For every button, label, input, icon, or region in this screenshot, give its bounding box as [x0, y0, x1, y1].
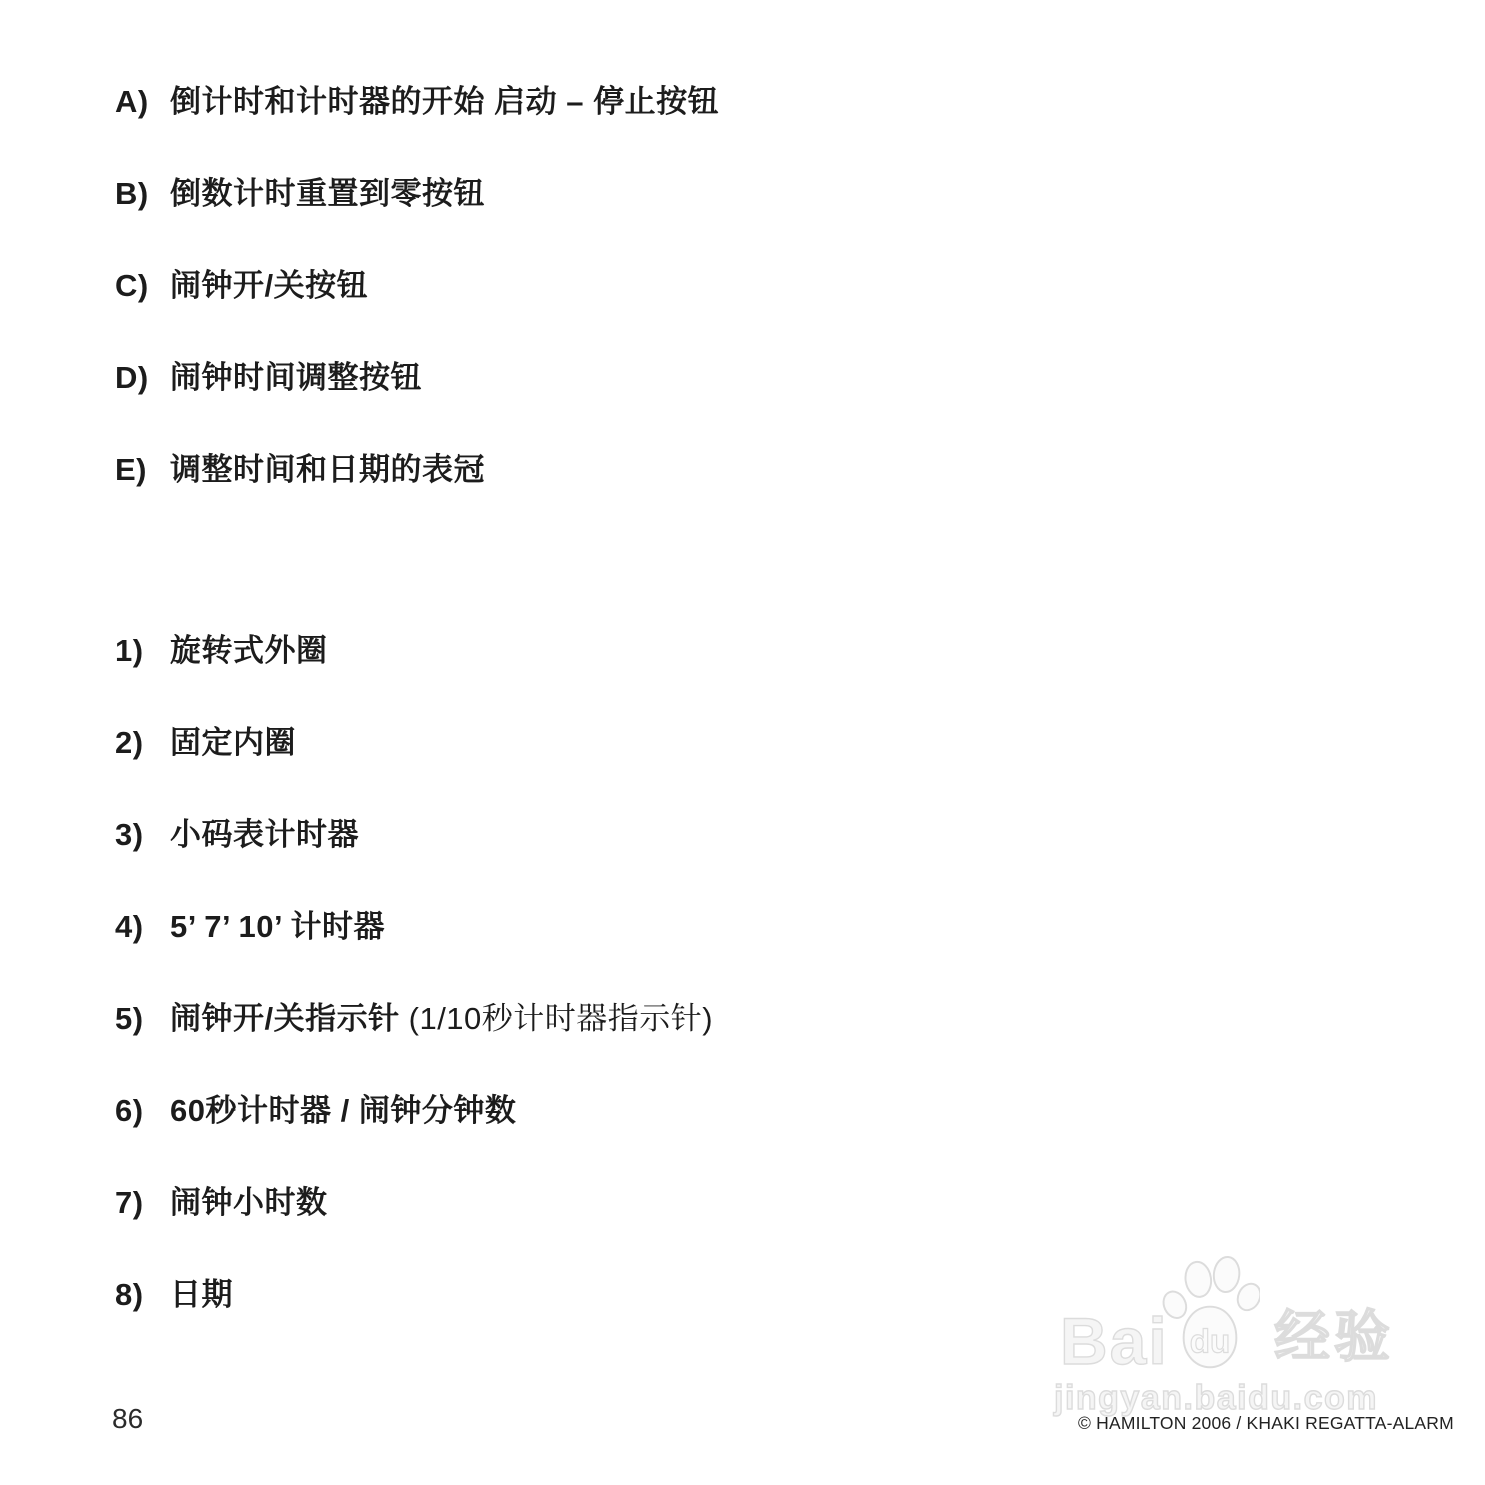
button-legend-list: A) 倒计时和计时器的开始 启动 – 停止按钮 B) 倒数计时重置到零按钮 C)…: [115, 84, 1425, 544]
legend-item-label: C): [115, 268, 170, 303]
legend-item-text: 小码表计时器: [170, 817, 359, 852]
legend-item-text: 倒数计时重置到零按钮: [170, 176, 485, 211]
legend-item-a: A) 倒计时和计时器的开始 启动 – 停止按钮: [115, 84, 1425, 176]
legend-item-note: (1/10秒计时器指示针): [409, 1001, 713, 1036]
legend-item-label: 5): [115, 1001, 170, 1036]
legend-item-1: 1) 旋转式外圈: [115, 633, 1425, 725]
legend-item-2: 2) 固定内圈: [115, 725, 1425, 817]
copyright-line: © HAMILTON 2006 / KHAKI REGATTA-ALARM: [1078, 1413, 1454, 1434]
legend-item-label: 7): [115, 1185, 170, 1220]
legend-item-label: 2): [115, 725, 170, 760]
legend-item-c: C) 闹钟开/关按钮: [115, 268, 1425, 360]
manual-page: A) 倒计时和计时器的开始 启动 – 停止按钮 B) 倒数计时重置到零按钮 C)…: [0, 0, 1485, 1485]
legend-item-label: A): [115, 84, 170, 119]
legend-item-text: 旋转式外圈: [170, 633, 328, 668]
legend-item-text: 闹钟小时数: [170, 1185, 328, 1220]
legend-item-5: 5) 闹钟开/关指示针 (1/10秒计时器指示针): [115, 1001, 1425, 1093]
legend-item-text: 倒计时和计时器的开始 启动 – 停止按钮: [170, 84, 719, 119]
legend-item-label: E): [115, 452, 170, 487]
legend-item-text: 固定内圈: [170, 725, 296, 760]
legend-item-text: 5’ 7’ 10’ 计时器: [170, 909, 385, 944]
legend-item-label: 1): [115, 633, 170, 668]
legend-item-3: 3) 小码表计时器: [115, 817, 1425, 909]
legend-item-8: 8) 日期: [115, 1277, 1425, 1369]
legend-item-label: 6): [115, 1093, 170, 1128]
legend-item-label: D): [115, 360, 170, 395]
page-number: 86: [112, 1403, 143, 1435]
legend-item-4: 4) 5’ 7’ 10’ 计时器: [115, 909, 1425, 1001]
legend-item-6: 6) 60秒计时器 / 闹钟分钟数: [115, 1093, 1425, 1185]
legend-item-e: E) 调整时间和日期的表冠: [115, 452, 1425, 544]
dial-legend-list: 1) 旋转式外圈 2) 固定内圈 3) 小码表计时器 4) 5’ 7’ 10’ …: [115, 633, 1425, 1369]
legend-item-text: 闹钟时间调整按钮: [170, 360, 422, 395]
legend-item-label: 4): [115, 909, 170, 944]
legend-item-d: D) 闹钟时间调整按钮: [115, 360, 1425, 452]
legend-item-text: 闹钟开/关指示针: [170, 1001, 400, 1036]
legend-item-label: 8): [115, 1277, 170, 1312]
legend-item-text: 调整时间和日期的表冠: [170, 452, 485, 487]
legend-item-label: 3): [115, 817, 170, 852]
legend-item-b: B) 倒数计时重置到零按钮: [115, 176, 1425, 268]
legend-item-label: B): [115, 176, 170, 211]
legend-item-text: 60秒计时器 / 闹钟分钟数: [170, 1093, 516, 1128]
legend-item-text: 日期: [170, 1277, 233, 1312]
legend-item-7: 7) 闹钟小时数: [115, 1185, 1425, 1277]
legend-item-text: 闹钟开/关按钮: [170, 268, 368, 303]
watermark-url-text: jingyan.baidu.com: [1054, 1381, 1378, 1415]
